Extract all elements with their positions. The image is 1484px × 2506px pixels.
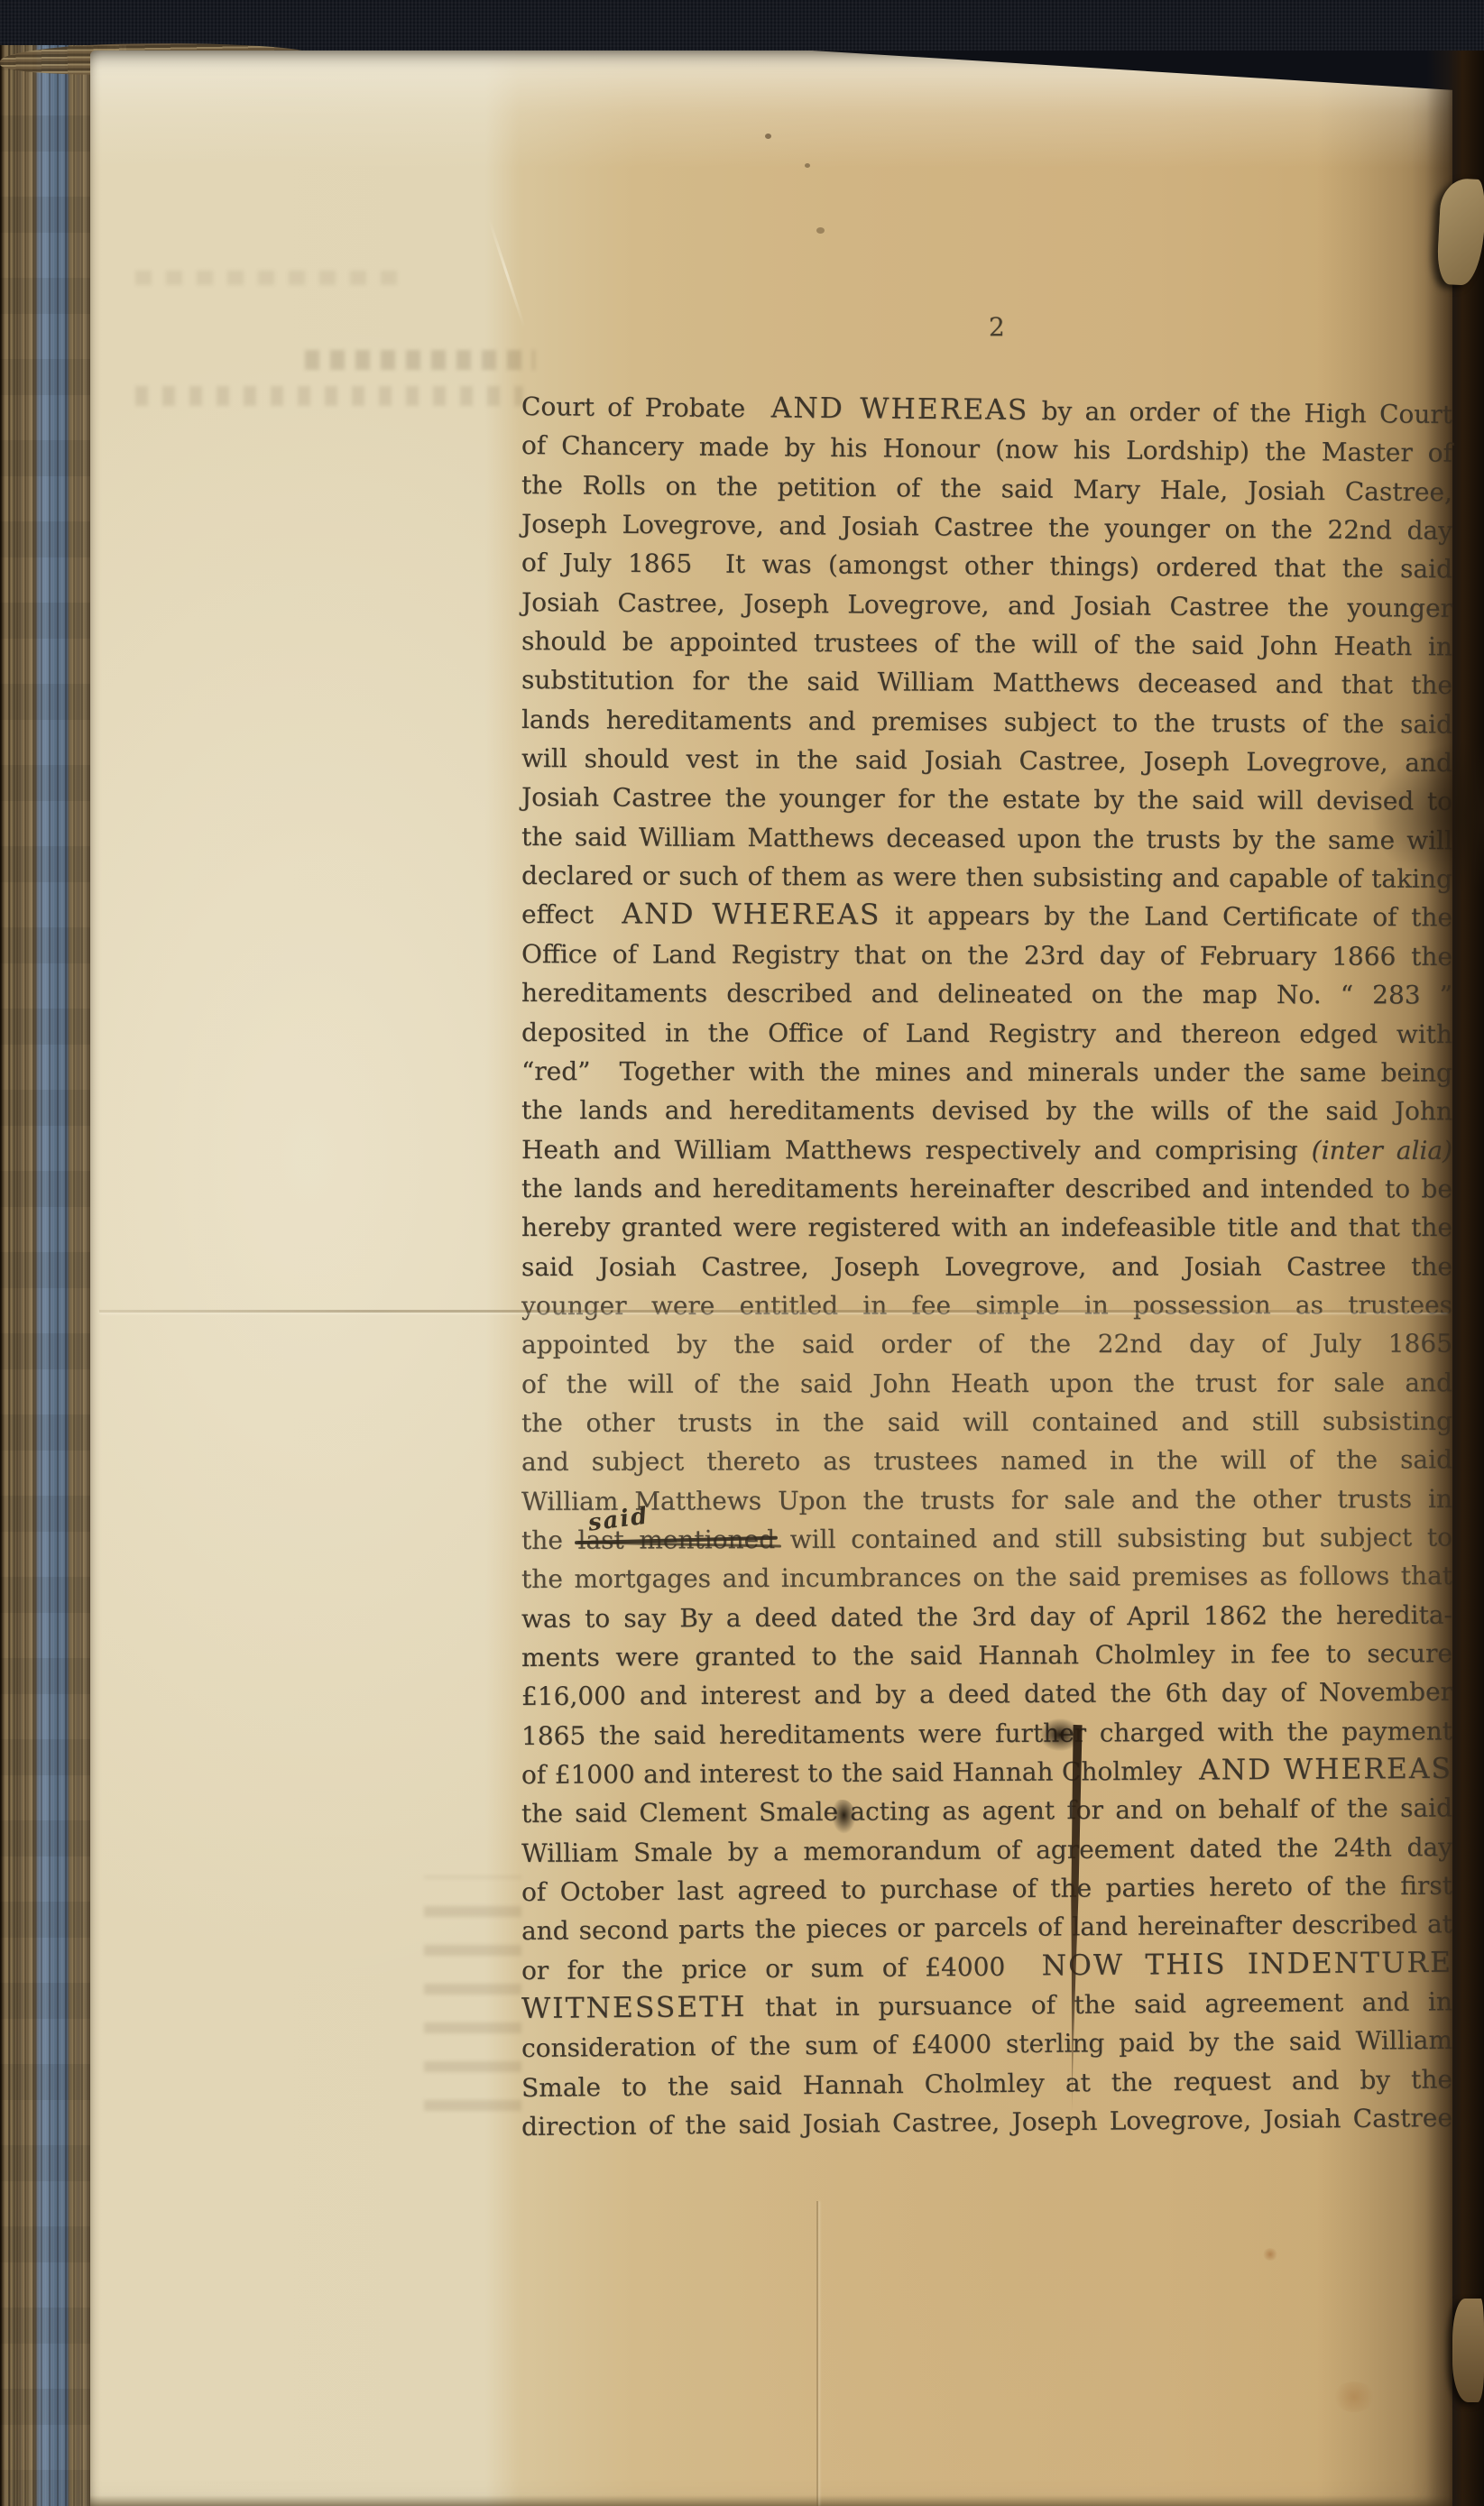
text-segment: NOW THIS INDENTURE [1042, 1946, 1453, 1982]
text-line: was to say By a deed dated the 3rd day o… [521, 1595, 1452, 1638]
book-scan: 2 Court of Probate AND WHEREAS by an ord… [0, 0, 1484, 2506]
text-segment: “red” Together with the mines and minera… [521, 1056, 1452, 1088]
text-segment: the said William Matthews deceased upon … [521, 822, 1452, 855]
text-line: direction of the said Josiah Castree, Jo… [521, 2098, 1452, 2146]
text-segment: it appears by the Land Certificate of th… [880, 901, 1452, 933]
text-line: the said William Matthews deceased upon … [521, 817, 1452, 861]
text-segment: lands hereditaments and premises subject… [521, 705, 1452, 740]
vertical-crease [816, 2201, 818, 2506]
text-line: Josiah Castree the younger for the estat… [521, 778, 1452, 821]
text-segment: will should vest in the said Josiah Cast… [521, 743, 1452, 778]
text-segment: substitution for the said William Matthe… [521, 665, 1452, 700]
right-page-edge [1404, 51, 1484, 2506]
text-segment: Josiah Castree, Joseph Lovegrove, and Jo… [521, 587, 1452, 623]
text-line: will should vest in the said Josiah Cast… [521, 739, 1452, 782]
text-segment: the other trusts in the said will contai… [521, 1406, 1452, 1438]
text-line: the said Clement Smale acting as agent f… [521, 1789, 1452, 1834]
text-line: Heath and William Matthews respectively … [521, 1130, 1452, 1170]
ink-blot [832, 1800, 856, 1834]
text-segment: said Josiah Castree, Joseph Lovegrove, a… [521, 1251, 1452, 1282]
text-segment: the Rolls on the petition of the said Ma… [521, 470, 1452, 507]
text-line: Office of Land Registry that on the 23rd… [521, 935, 1452, 976]
text-segment: the lands and hereditaments devised by t… [521, 1095, 1452, 1126]
handwritten-annotation: said [586, 1497, 651, 1543]
text-line: Josiah Castree, Joseph Lovegrove, and Jo… [521, 583, 1452, 628]
text-segment: hereby granted were registered with an i… [521, 1212, 1452, 1242]
text-segment: that in pursuance of the said agreement … [746, 1986, 1452, 2022]
text-line: appointed by the said order of the 22nd … [521, 1324, 1452, 1365]
text-segment: of the will of the said John Heath upon … [521, 1368, 1452, 1399]
horizontal-crease [99, 1310, 1448, 1313]
text-segment: Heath and William Matthews respectively … [521, 1135, 1312, 1165]
rust-stain [1263, 2248, 1277, 2261]
text-segment: effect [521, 899, 622, 929]
text-line: £16,000 and interest and by a deed dated… [521, 1672, 1452, 1717]
text-segment: 1865 the said hereditaments were further… [521, 1716, 1452, 1751]
text-segment: or for the price or sum of £4000 [521, 1951, 1042, 1985]
text-segment: £16,000 and interest and by a deed dated… [521, 1677, 1452, 1711]
text-segment: will contained and still subsisting but … [775, 1522, 1452, 1554]
rust-stain [1333, 2382, 1375, 2412]
text-segment: AND WHEREAS [622, 898, 880, 932]
text-line: said Josiah Castree, Joseph Lovegrove, a… [521, 1247, 1452, 1286]
text-segment: William Smale by a memorandum of agreeme… [521, 1832, 1452, 1868]
text-line: should be appointed trustees of the will… [521, 622, 1452, 667]
text-line: and subject thereto as trustees named in… [521, 1441, 1452, 1482]
bleed-through-text [424, 1876, 521, 2111]
text-line: 1865 the said hereditaments were further… [521, 1711, 1452, 1755]
text-segment: hereditaments described and delineated o… [521, 978, 1452, 1010]
text-line: “red” Together with the mines and minera… [521, 1052, 1452, 1092]
text-line: younger were entitled in fee simple in p… [521, 1285, 1452, 1325]
text-segment: declared or such of them as were then su… [521, 861, 1452, 894]
text-line: hereditaments described and delineated o… [521, 973, 1452, 1015]
text-segment: the [521, 1525, 578, 1555]
text-line: effect AND WHEREAS it appears by the Lan… [521, 895, 1452, 937]
text-line: of the will of the said John Heath upon … [521, 1363, 1452, 1404]
bleed-through-text [135, 386, 523, 406]
text-segment: WITNESSETH [521, 1991, 747, 2025]
text-segment: direction of the said Josiah Castree, Jo… [521, 2103, 1452, 2142]
bleed-through-text [305, 350, 535, 370]
text-segment: Joseph Lovegrove, and Josiah Castree the… [521, 509, 1452, 546]
text-segment: the mortgages and incumbrances on the sa… [521, 1561, 1452, 1594]
text-line: substitution for the said William Matthe… [521, 660, 1452, 705]
text-segment: deposited in the Office of Land Registry… [521, 1018, 1452, 1049]
text-line: of £1000 and interest to the said Hannah… [521, 1750, 1452, 1794]
text-line: the lands and hereditaments hereinafter … [521, 1169, 1452, 1209]
text-segment: Josiah Castree the younger for the estat… [521, 782, 1452, 816]
text-segment: by an order of the High Court [1028, 396, 1452, 429]
text-line: William Smale by a memorandum of agreeme… [521, 1828, 1452, 1873]
text-segment: Court of Probate [521, 392, 771, 423]
text-segment: consideration of the sum of £4000 sterli… [521, 2025, 1452, 2063]
text-segment: should be appointed trustees of the will… [521, 626, 1452, 661]
text-segment: the lands and hereditaments hereinafter … [521, 1174, 1452, 1203]
text-line: hereby granted were registered with an i… [521, 1208, 1452, 1247]
text-segment: and subject thereto as trustees named in… [521, 1445, 1452, 1478]
stain-speck [816, 227, 825, 234]
text-segment: AND WHEREAS [771, 392, 1029, 426]
text-line: of July 1865 It was (amongst other thing… [521, 543, 1452, 589]
text-segment: of Chancery made by his Honour (now his … [521, 430, 1452, 468]
torn-paper-fragment-bottom [1452, 2299, 1484, 2402]
text-segment: of July 1865 It was (amongst other thing… [521, 548, 1452, 584]
text-line: deposited in the Office of Land Registry… [521, 1013, 1452, 1054]
stain-speck [805, 163, 810, 168]
text-line: the mortgages and incumbrances on the sa… [521, 1556, 1452, 1598]
bleed-through-text [135, 271, 406, 285]
text-line: ments were granted to the said Hannah Ch… [521, 1634, 1452, 1677]
text-line: William Matthews Upon the trusts for sal… [521, 1479, 1452, 1521]
document-text: Court of Probate AND WHEREAS by an order… [521, 387, 1452, 2146]
text-segment: the said Clement Smale acting as agent f… [521, 1793, 1452, 1829]
text-segment: of £1000 and interest to the said Hannah… [521, 1756, 1199, 1790]
text-line: the other trusts in the said will contai… [521, 1402, 1452, 1443]
right-edge-shadow [1373, 740, 1484, 893]
text-line: lands hereditaments and premises subject… [521, 700, 1452, 744]
text-segment: Smale to the said Hannah Cholmley at the… [521, 2064, 1452, 2103]
text-segment: and second parts the pieces or parcels o… [521, 1910, 1452, 1947]
page-number: 2 [989, 312, 1006, 342]
text-segment: younger were entitled in fee simple in p… [521, 1290, 1452, 1321]
text-line: the last mentionedsaid will contained an… [521, 1517, 1452, 1560]
text-line: the lands and hereditaments devised by t… [521, 1091, 1452, 1131]
text-segment: appointed by the said order of the 22nd … [521, 1329, 1452, 1359]
stain-speck [765, 134, 771, 139]
text-line: declared or such of them as were then su… [521, 856, 1452, 898]
text-segment: Office of Land Registry that on the 23rd… [521, 939, 1452, 972]
text-segment: of October last agreed to purchase of th… [521, 1871, 1452, 1907]
text-segment: ments were granted to the said Hannah Ch… [521, 1638, 1452, 1672]
strikethrough-text: last mentionedsaid [577, 1525, 775, 1555]
text-segment: William Matthews Upon the trusts for sal… [521, 1484, 1452, 1516]
text-segment: was to say By a deed dated the 3rd day o… [521, 1599, 1452, 1633]
